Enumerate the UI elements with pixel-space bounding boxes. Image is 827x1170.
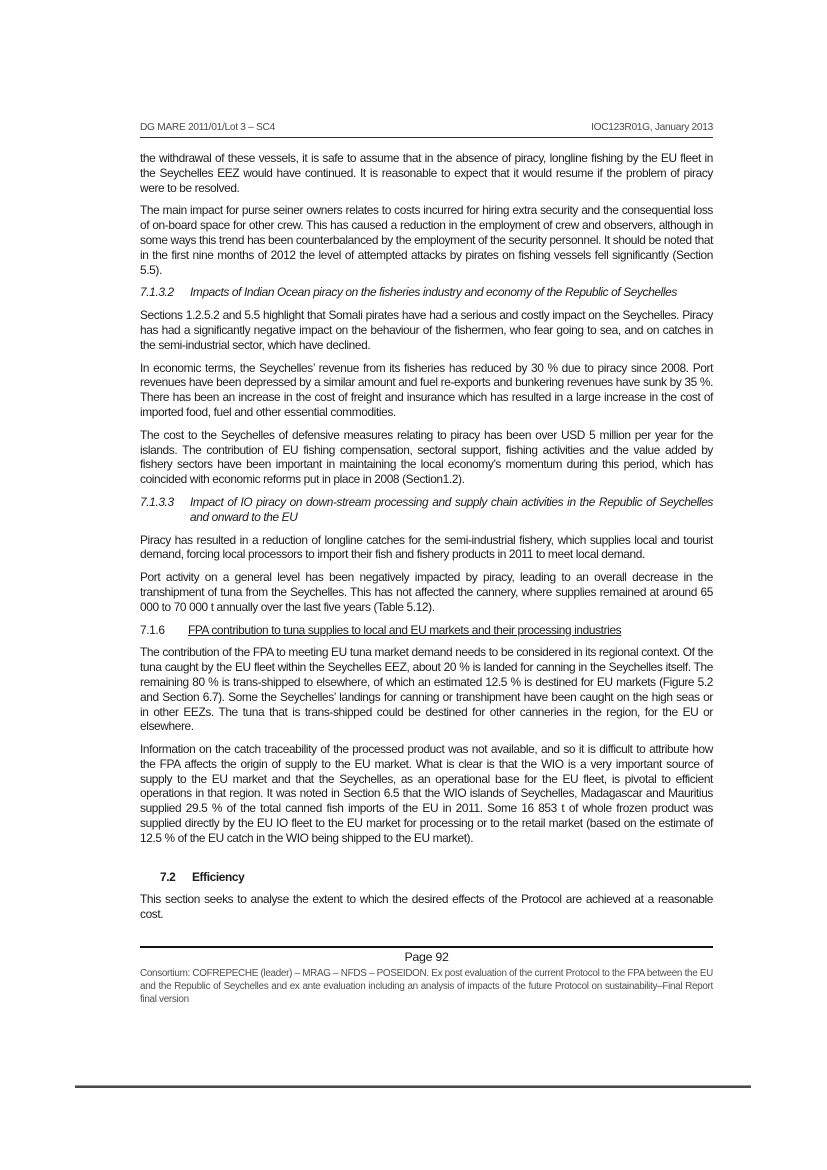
section-title: Impacts of Indian Ocean piracy on the fi… xyxy=(190,285,677,299)
page-body: the withdrawal of these vessels, it is s… xyxy=(140,151,713,922)
paragraph-economic-terms: In economic terms, the Seychelles’ reven… xyxy=(140,361,713,420)
page-header: DG MARE 2011/01/Lot 3 – SC4 IOC123R01G, … xyxy=(140,122,713,138)
section-number: 7.1.3.2 xyxy=(140,285,174,300)
paragraph-this-section: This section seeks to analyse the extent… xyxy=(140,892,713,922)
paragraph-withdrawal: the withdrawal of these vessels, it is s… xyxy=(140,151,713,195)
page-footer: Page 92 Consortium: COFREPECHE (leader) … xyxy=(140,946,713,1006)
paragraph-piracy-reduction: Piracy has resulted in a reduction of lo… xyxy=(140,533,713,563)
section-heading-7-1-3-3: 7.1.3.3 Impact of IO piracy on down-stre… xyxy=(140,495,713,525)
paragraph-main-impact: The main impact for purse seiner owners … xyxy=(140,203,713,277)
section-number: 7.1.3.3 xyxy=(140,495,174,510)
section-heading-7-1-6: 7.1.6 FPA contribution to tuna supplies … xyxy=(140,623,713,638)
paragraph-catch-traceability: Information on the catch traceability of… xyxy=(140,742,713,846)
section-title: FPA contribution to tuna supplies to loc… xyxy=(188,623,621,637)
paragraph-port-activity: Port activity on a general level has bee… xyxy=(140,570,713,614)
section-title: Impact of IO piracy on down-stream proce… xyxy=(190,495,713,524)
page-bottom-divider xyxy=(75,1085,751,1088)
section-title: Efficiency xyxy=(192,870,244,884)
content-column: DG MARE 2011/01/Lot 3 – SC4 IOC123R01G, … xyxy=(140,122,713,930)
paragraph-defensive-cost: The cost to the Seychelles of defensive … xyxy=(140,428,713,487)
paragraph-sections-highlight: Sections 1.2.5.2 and 5.5 highlight that … xyxy=(140,308,713,352)
document-page: DG MARE 2011/01/Lot 3 – SC4 IOC123R01G, … xyxy=(0,0,827,1170)
section-heading-7-1-3-2: 7.1.3.2 Impacts of Indian Ocean piracy o… xyxy=(140,285,713,300)
paragraph-fpa-contribution: The contribution of the FPA to meeting E… xyxy=(140,645,713,734)
footer-consortium-note: Consortium: COFREPECHE (leader) – MRAG –… xyxy=(140,967,713,1006)
section-heading-7-2: 7.2 Efficiency xyxy=(140,870,713,885)
section-number: 7.2 xyxy=(160,870,175,885)
header-reference-left: DG MARE 2011/01/Lot 3 – SC4 xyxy=(140,122,275,133)
page-number: Page 92 xyxy=(140,950,713,964)
section-number: 7.1.6 xyxy=(140,623,165,638)
header-reference-right: IOC123R01G, January 2013 xyxy=(591,122,713,133)
